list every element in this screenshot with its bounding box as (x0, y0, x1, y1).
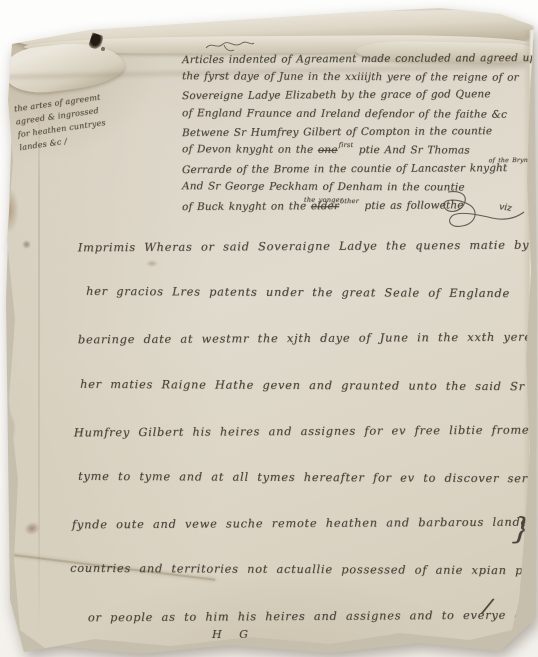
body-paragraph: Imprimis Wheras or said Soveraigne Ladye… (70, 240, 532, 656)
fox-spot (22, 240, 31, 249)
struck-word: one (318, 144, 338, 156)
body-line: bearinge date at westmr the xjth daye of… (70, 331, 532, 380)
heading-line: Articles indented of Agreament made conc… (182, 49, 534, 69)
paper-sheet: the artes of agreemt agreed & ingrossed … (0, 0, 538, 657)
struck-word: elder (311, 200, 339, 212)
interlinear-insertion: other (340, 197, 359, 205)
ink-blot-speck (101, 47, 105, 51)
body-line: countries and territories not actuallie … (70, 562, 532, 611)
manuscript-photo: the artes of agreemt agreed & ingrossed … (0, 0, 538, 657)
body-line: fynde oute and vewe suche remote heathen… (70, 516, 532, 565)
vertical-crease (38, 92, 40, 632)
heading-line: Betwene Sr Humfrey Gilbert of Compton in… (182, 122, 534, 142)
interlinear-insertion: first (339, 141, 354, 149)
body-line: tyme to tyme and at all tymes hereafter … (70, 470, 532, 519)
edge-stain (0, 186, 19, 234)
heading-line: of Devon knyght on the onefirst ptie And… (182, 140, 534, 161)
heading-line: Sovereigne Ladye Elizabeth by the grace … (182, 85, 534, 105)
body-line: Imprimis Wheras or said Soveraigne Ladye… (70, 239, 532, 288)
body-line: her gracios Lres patents under the great… (70, 285, 532, 334)
heading-line: Gerrarde of the Brome in the countie of … (182, 159, 534, 179)
body-line: her maties Raigne Hathe geven and graunt… (70, 377, 532, 426)
viz-mark: viz (498, 202, 512, 214)
body-line: Humfrey Gilbert his heires and assignes … (70, 423, 532, 472)
margin-note: the artes of agreemt agreed & ingrossed … (13, 82, 169, 154)
heading-line: of England Fraunce and Ireland defendor … (182, 104, 534, 124)
heading-line: the fyrst daye of June in the xxiiijth y… (182, 67, 534, 87)
paper-page: the artes of agreemt agreed & ingrossed … (0, 0, 538, 657)
